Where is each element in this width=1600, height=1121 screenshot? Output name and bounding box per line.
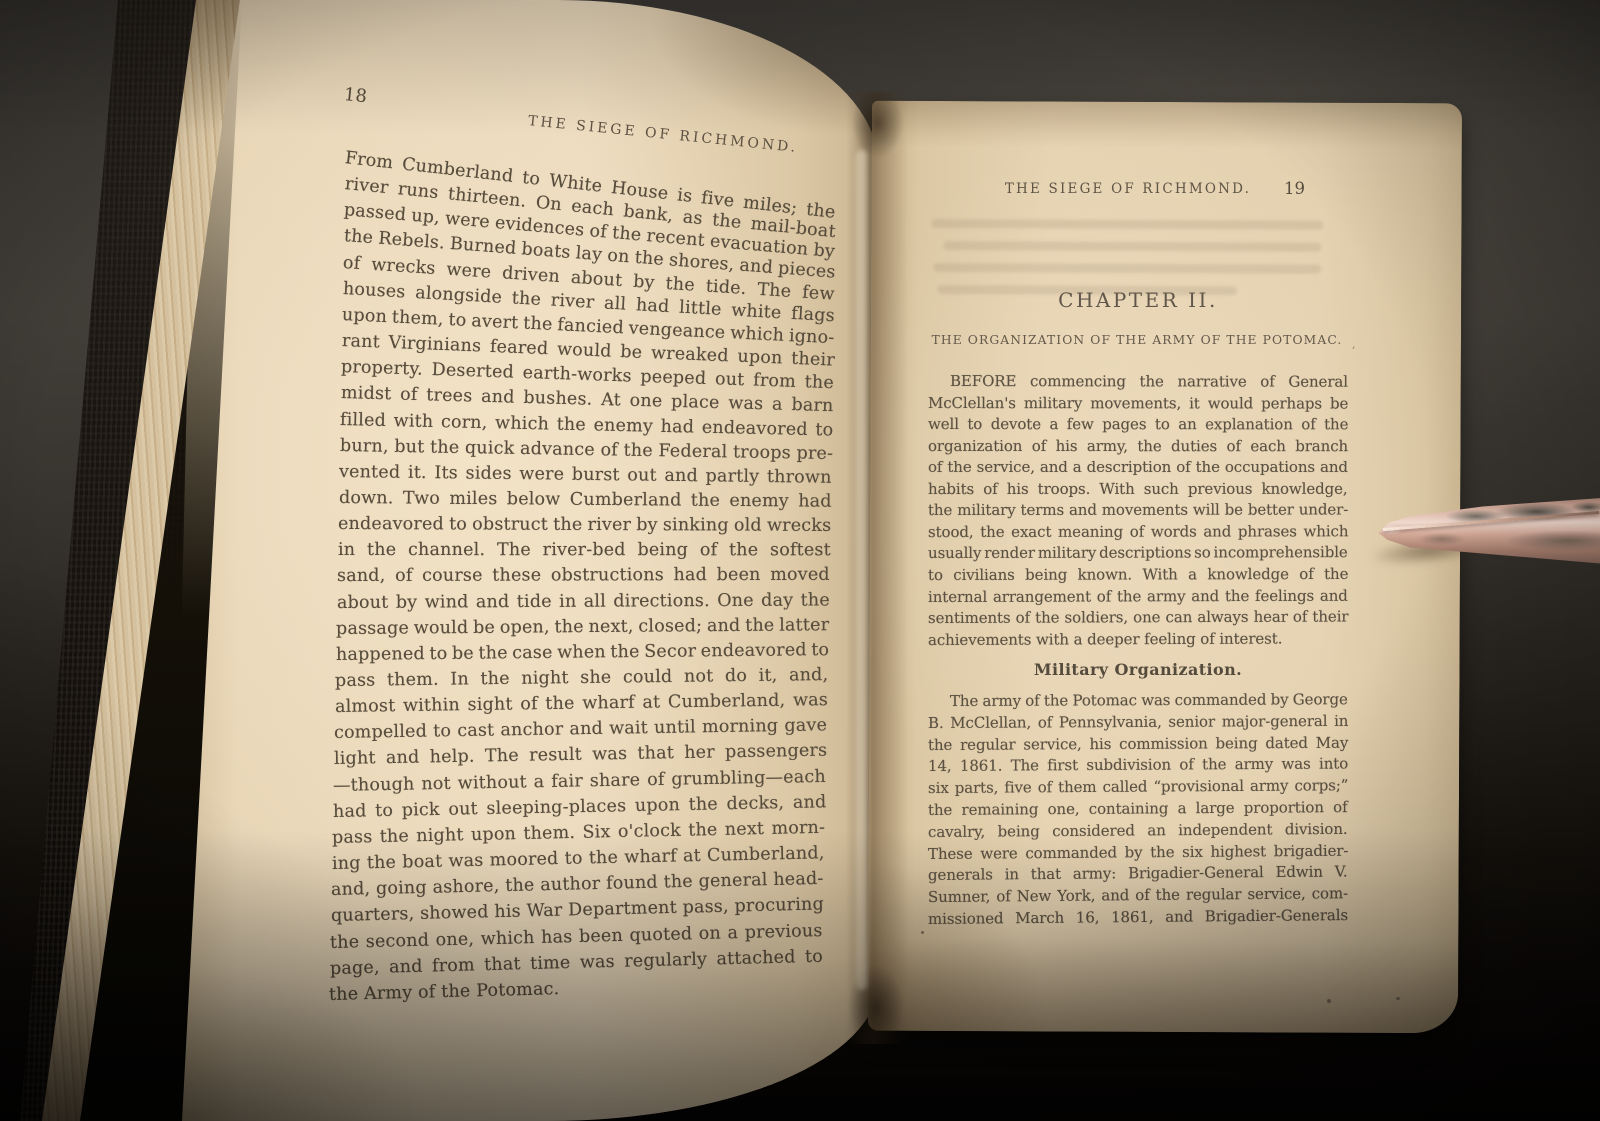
text-line: to civilians being known. With a knowled…: [928, 565, 1348, 584]
show-through-line: [931, 219, 1323, 230]
text-line: well to devote a few pages to an explana…: [928, 415, 1348, 433]
text-line: BEFORE commencing the narrative of Gener…: [950, 372, 1348, 391]
show-through-line: [933, 263, 1321, 274]
text-line: cavalry, being considered an independent…: [928, 820, 1348, 841]
text-line: The army of the Potomac was commanded by…: [950, 690, 1348, 710]
text-line: sand, of course these obstructions had b…: [337, 565, 830, 586]
right-running-head: THE SIEGE OF RICHMOND.: [928, 181, 1328, 197]
text-line: achievements with a deeper feeling of in…: [928, 629, 1282, 648]
ink-dot-artifact: [921, 931, 924, 934]
book-photo: 18 THE SIEGE OF RICHMOND. From Cumberlan…: [0, 0, 1600, 1121]
text-line: the regular service, his commission bein…: [928, 733, 1348, 753]
text-line: sentiments of the soldiers, one can alwa…: [928, 608, 1349, 628]
left-page-number: 18: [343, 84, 368, 107]
stray-ink-mark: ,: [1352, 338, 1356, 351]
text-line: endeavored to obstruct the river by sink…: [338, 514, 831, 536]
left-page-edge-highlight: [856, 150, 867, 990]
text-line: 14, 1861. The first subdivision of the a…: [928, 755, 1348, 776]
text-line: stood, the exact meaning of words and ph…: [928, 522, 1348, 541]
text-line: These were commanded by the six highest …: [928, 841, 1349, 862]
text-line: usually render military descriptions so …: [928, 544, 1348, 563]
text-line: the military terms and movements will be…: [928, 501, 1348, 520]
text-line: habits of his troops. With such previous…: [928, 479, 1348, 497]
show-through-line: [943, 241, 1321, 252]
right-page-number: 19: [1284, 179, 1334, 198]
paper-speck: [1327, 999, 1331, 1003]
text-line: organization of his army, the duties of …: [928, 437, 1348, 455]
text-line: down. Two miles below Cumberland the ene…: [338, 488, 831, 512]
chapter-subtitle: THE ORGANIZATION OF THE ARMY OF THE POTO…: [922, 333, 1352, 347]
text-line: about by wind and tide in all directions…: [336, 590, 829, 613]
text-line: in the channel. The river-bed being of t…: [337, 540, 830, 560]
text-line: of the service, and a description of the…: [928, 458, 1348, 476]
section-heading: Military Organization.: [928, 660, 1348, 679]
chapter-heading: CHAPTER II.: [928, 288, 1348, 312]
text-line: the remaining one, containing a large pr…: [928, 798, 1348, 819]
text-line: B. McClellan, of Pennsylvania, senior ma…: [928, 712, 1348, 732]
text-line: passage would be open, the next, closed;…: [336, 615, 829, 639]
text-line: six parts, five of them called “provisio…: [928, 776, 1348, 797]
text-line: internal arrangement of the army and the…: [928, 586, 1348, 605]
text-line: McClellan's military movements, it would…: [928, 394, 1348, 413]
paper-speck: [1396, 997, 1400, 1000]
